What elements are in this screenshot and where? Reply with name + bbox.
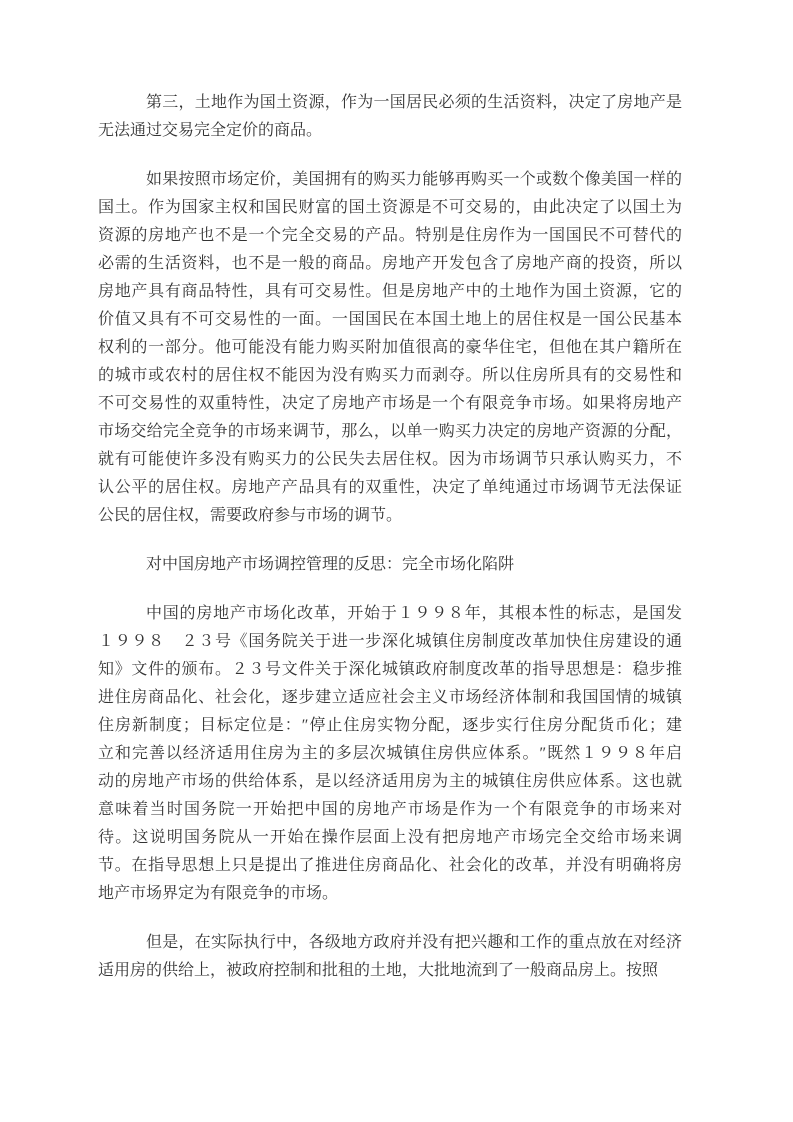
paragraph: 中国的房地产市场化改革，开始于１９９８年，其根本性的标志，是国发１９９８ ２３号… (98, 600, 682, 908)
text-line: 公民的居住权，需要政府参与市场的调节。 (98, 502, 682, 530)
text-line: 房地产具有商品特性，具有可交易性。但是房地产中的土地作为国土资源，它的 (98, 278, 682, 306)
section-heading: 对中国房地产市场调控管理的反思：完全市场化陷阱 (98, 551, 682, 579)
text-line: 如果按照市场定价，美国拥有的购买力能够再购买一个或数个像美国一样的 (98, 166, 682, 194)
text-line: １９９８ ２３号《国务院关于进一步深化城镇住房制度改革加快住房建设的通 (98, 628, 682, 656)
text-line: 对中国房地产市场调控管理的反思：完全市场化陷阱 (98, 551, 682, 579)
text-line: 进住房商品化、社会化，逐步建立适应社会主义市场经济体制和我国国情的城镇 (98, 684, 682, 712)
text-line: 资源的房地产也不是一个完全交易的产品。特别是住房作为一国国民不可替代的 (98, 222, 682, 250)
text-line: 认公平的居住权。房地产产品具有的双重性，决定了单纯通过市场调节无法保证 (98, 474, 682, 502)
text-line: 必需的生活资料，也不是一般的商品。房地产开发包含了房地产商的投资，所以 (98, 250, 682, 278)
text-line: 就有可能使许多没有购买力的公民失去居住权。因为市场调节只承认购买力，不 (98, 446, 682, 474)
text-line: 无法通过交易完全定价的商品。 (98, 117, 682, 145)
text-line: 知》文件的颁布。２３号文件关于深化城镇政府制度改革的指导思想是：稳步推 (98, 656, 682, 684)
text-line: 市场交给完全竞争的市场来调节，那么，以单一购买力决定的房地产资源的分配， (98, 418, 682, 446)
paragraph: 第三，土地作为国土资源，作为一国居民必须的生活资料，决定了房地产是无法通过交易完… (98, 89, 682, 145)
document-page: 第三，土地作为国土资源，作为一国居民必须的生活资料，决定了房地产是无法通过交易完… (0, 0, 793, 1122)
text-line: 价值又具有不可交易性的一面。一国国民在本国土地上的居住权是一国公民基本 (98, 306, 682, 334)
text-line: 住房新制度；目标定位是：″停止住房实物分配，逐步实行住房分配货币化；建 (98, 712, 682, 740)
paragraph: 如果按照市场定价，美国拥有的购买力能够再购买一个或数个像美国一样的国土。作为国家… (98, 166, 682, 530)
text-line: 节。在指导思想上只是提出了推进住房商品化、社会化的改革，并没有明确将房 (98, 852, 682, 880)
text-line: 不可交易性的双重特性，决定了房地产市场是一个有限竞争市场。如果将房地产 (98, 390, 682, 418)
text-line: 中国的房地产市场化改革，开始于１９９８年，其根本性的标志，是国发 (98, 600, 682, 628)
text-content: 第三，土地作为国土资源，作为一国居民必须的生活资料，决定了房地产是无法通过交易完… (98, 89, 682, 1006)
text-line: 立和完善以经济适用住房为主的多层次城镇住房供应体系。″既然１９９８年启 (98, 740, 682, 768)
text-line: 国土。作为国家主权和国民财富的国土资源是不可交易的，由此决定了以国土为 (98, 194, 682, 222)
text-line: 地产市场界定为有限竞争的市场。 (98, 880, 682, 908)
text-line: 第三，土地作为国土资源，作为一国居民必须的生活资料，决定了房地产是 (98, 89, 682, 117)
text-line: 动的房地产市场的供给体系，是以经济适用房为主的城镇住房供应体系。这也就 (98, 768, 682, 796)
text-line: 适用房的供给上，被政府控制和批租的土地，大批地流到了一般商品房上。按照 (98, 957, 682, 985)
paragraph: 但是，在实际执行中，各级地方政府并没有把兴趣和工作的重点放在对经济适用房的供给上… (98, 929, 682, 985)
text-line: 但是，在实际执行中，各级地方政府并没有把兴趣和工作的重点放在对经济 (98, 929, 682, 957)
text-line: 意味着当时国务院一开始把中国的房地产市场是作为一个有限竞争的市场来对 (98, 796, 682, 824)
text-line: 待。这说明国务院从一开始在操作层面上没有把房地产市场完全交给市场来调 (98, 824, 682, 852)
text-line: 权利的一部分。他可能没有能力购买附加值很高的豪华住宅，但他在其户籍所在 (98, 334, 682, 362)
text-line: 的城市或农村的居住权不能因为没有购买力而剥夺。所以住房所具有的交易性和 (98, 362, 682, 390)
